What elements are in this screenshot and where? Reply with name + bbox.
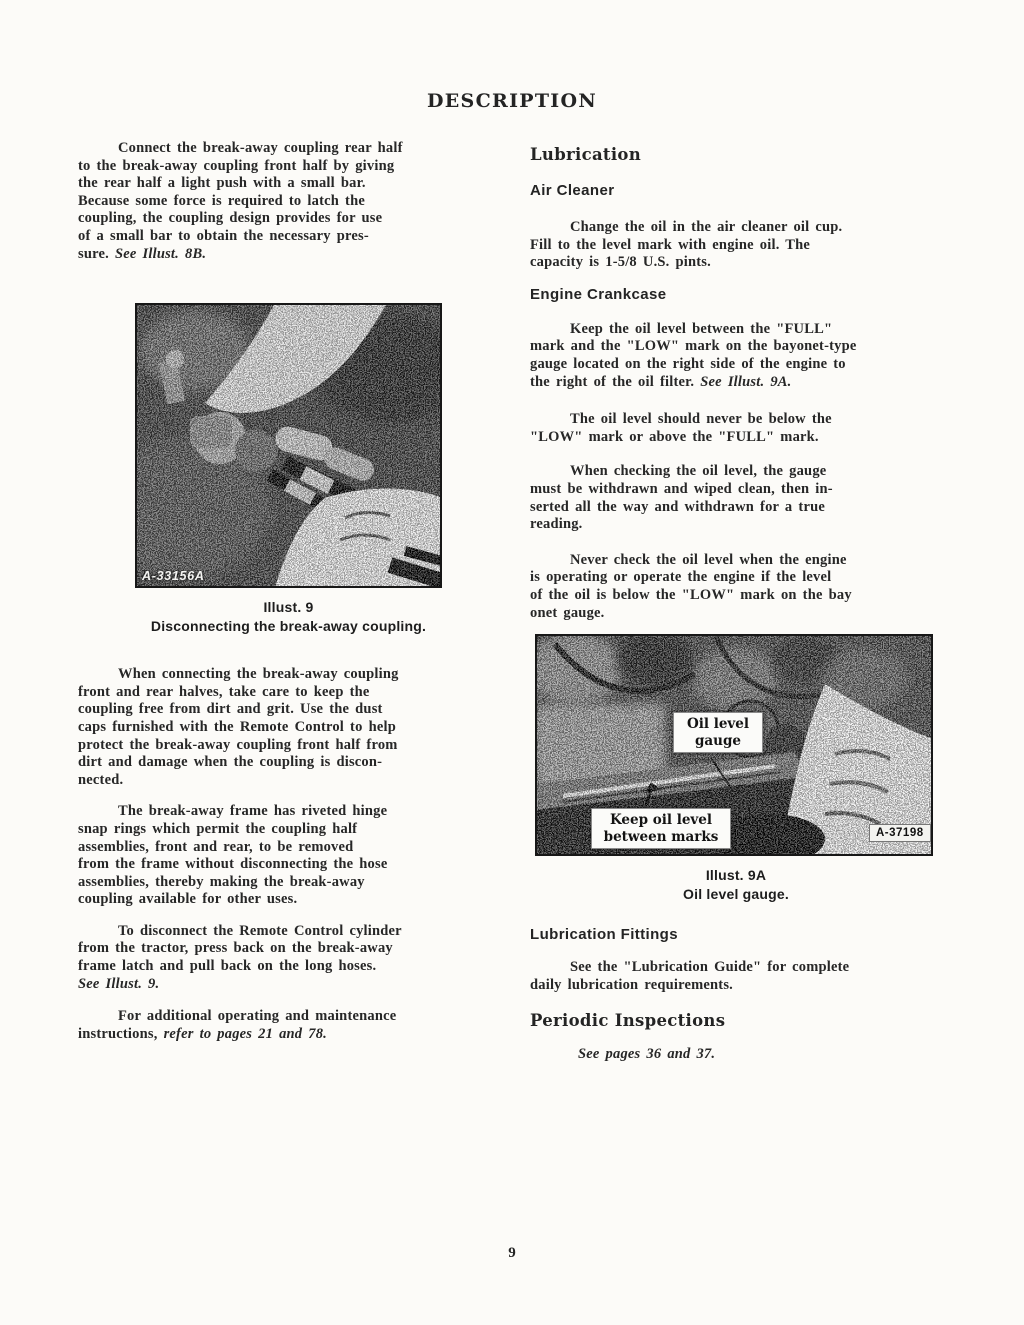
manual-page: DESCRIPTION Connect the break-away coupl…	[0, 0, 1024, 1325]
right-column: Lubrication Air Cleaner Change the oil i…	[530, 140, 942, 1064]
paragraph-see-pages: See pages 36 and 37.	[530, 1046, 942, 1064]
illust-9-reference: See Illust. 9.	[78, 976, 159, 992]
illust-9-caption: Illust. 9 Disconnecting the break-away c…	[135, 598, 442, 636]
illust-9-caption-number: Illust. 9	[135, 598, 442, 617]
heading-periodic-inspections: Periodic Inspections	[530, 1011, 942, 1030]
paragraph-never-check-running: Never check the oil level when the engin…	[530, 552, 942, 622]
left-column: Connect the break-away coupling rear hal…	[78, 140, 492, 1043]
paragraph-connect-coupling: Connect the break-away coupling rear hal…	[78, 140, 492, 263]
paragraph-text: To disconnect the Remote Control cylinde…	[78, 923, 402, 974]
photo-id-tag-a37198: A-37198	[869, 824, 931, 842]
photo-label-oil-level-gauge: Oil level gauge	[673, 712, 763, 753]
illust-9-figure: A-33156A Illust. 9 Disconnecting the bre…	[78, 303, 492, 636]
heading-lubrication: Lubrication	[530, 145, 942, 164]
paragraph-dust-caps: When connecting the break-away coupling …	[78, 666, 492, 789]
paragraph-lubrication-guide: See the "Lubrication Guide" for complete…	[530, 959, 942, 994]
paragraph-disconnect-cylinder: To disconnect the Remote Control cylinde…	[78, 923, 492, 993]
paragraph-oil-level-limits: The oil level should never be below the …	[530, 411, 942, 446]
paragraph-hinge-snap-rings: The break-away frame has riveted hinge s…	[78, 803, 492, 909]
illust-9-caption-text: Disconnecting the break-away coupling.	[135, 617, 442, 636]
subheading-air-cleaner: Air Cleaner	[530, 182, 942, 199]
page-number: 9	[0, 1245, 1024, 1262]
pages-reference: refer to pages 21 and 78.	[164, 1026, 327, 1042]
paragraph-text: Keep the oil level between the "FULL" ma…	[530, 321, 856, 390]
illust-9a-caption: Illust. 9A Oil level gauge.	[530, 866, 942, 904]
photo-id-tag-a33156a: A-33156A	[142, 569, 205, 583]
paragraph-oil-level-marks: Keep the oil level between the "FULL" ma…	[530, 321, 942, 391]
illust-9a-figure: Oil level gauge Keep oil level between m…	[530, 634, 942, 904]
illust-9a-caption-number: Illust. 9A	[530, 866, 942, 885]
illust-9a-caption-text: Oil level gauge.	[530, 885, 942, 904]
illust-8b-reference: See Illust. 8B.	[115, 246, 206, 262]
paragraph-air-cleaner: Change the oil in the air cleaner oil cu…	[530, 219, 942, 272]
page-title: DESCRIPTION	[0, 90, 1024, 112]
paragraph-additional-instructions: For additional operating and maintenance…	[78, 1008, 492, 1043]
subheading-lubrication-fittings: Lubrication Fittings	[530, 926, 942, 943]
paragraph-checking-oil-level: When checking the oil level, the gauge m…	[530, 463, 942, 533]
illust-9a-reference: See Illust. 9A.	[700, 374, 791, 390]
subheading-engine-crankcase: Engine Crankcase	[530, 286, 942, 303]
paragraph-text: Connect the break-away coupling rear hal…	[78, 140, 403, 262]
photo-label-keep-oil-level: Keep oil level between marks	[591, 808, 731, 849]
illust-9a-photo: Oil level gauge Keep oil level between m…	[535, 634, 933, 856]
halftone-photo-art-coupling	[135, 303, 442, 588]
illust-9-photo: A-33156A	[135, 303, 442, 588]
